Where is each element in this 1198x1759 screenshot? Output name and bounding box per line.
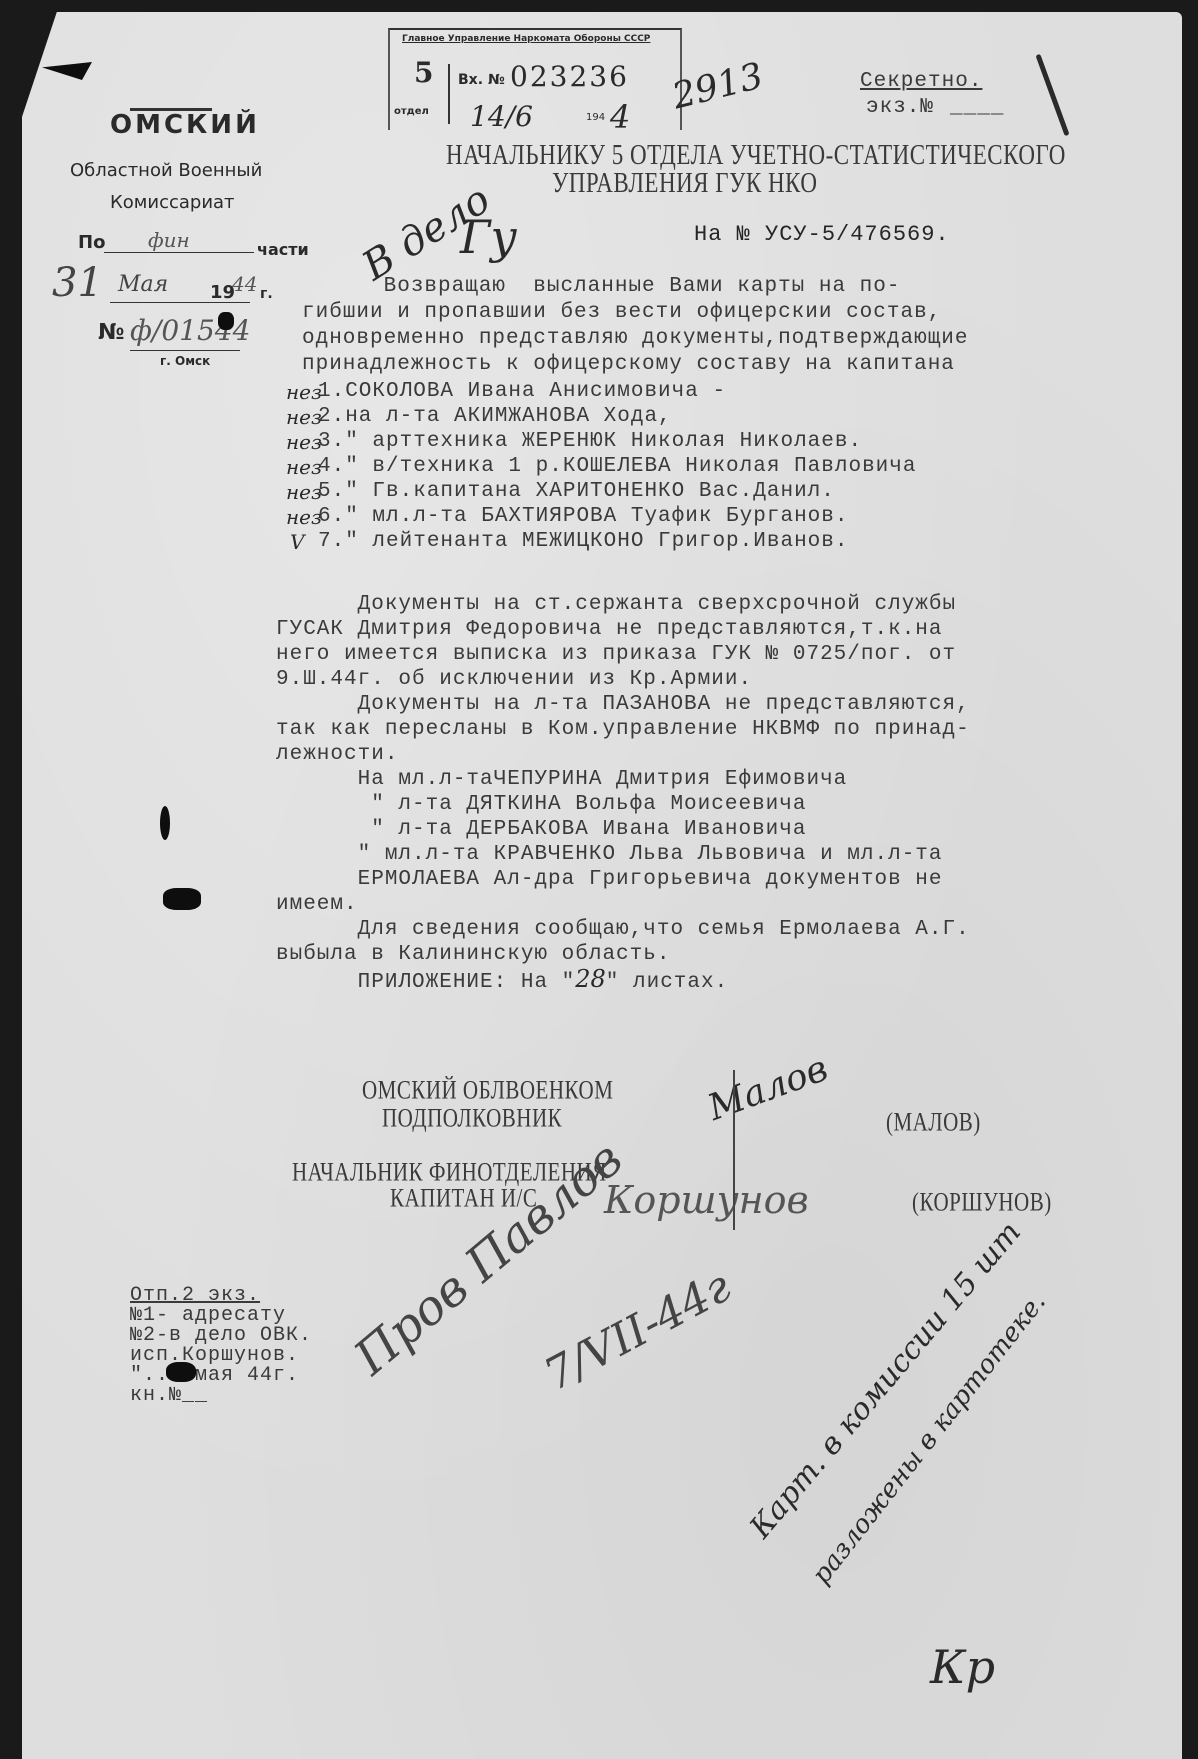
incoming-stamp-vh-label: Вх. №	[458, 72, 505, 88]
attachment-label: ПРИЛОЖЕНИЕ: На "	[276, 971, 575, 994]
person-text: 7." лейтенанта МЕЖИЦКОНО Григор.Иванов.	[318, 530, 848, 553]
body-line: " л-та ДЕРБАКОВА Ивана Ивановича	[276, 817, 970, 842]
incoming-stamp-date: 14/6	[470, 100, 533, 133]
stamp-po-line	[104, 252, 254, 253]
classification-copy-value: ____	[950, 96, 1004, 119]
stamp-date-day: 31	[52, 260, 103, 306]
body-line: Документы на ст.сержанта сверхсрочной сл…	[276, 592, 970, 617]
punch-hole-3	[166, 1362, 196, 1382]
letter-body-continued: Документы на ст.сержанта сверхсрочной сл…	[276, 592, 970, 996]
resolution-initials: Гу	[460, 210, 517, 264]
stamp-city: г. Омск	[160, 354, 210, 368]
stamp-line-2: Комиссариат	[110, 192, 235, 213]
body-line: выбыла в Калининскую область.	[276, 942, 970, 967]
person-text: 2.на л-та АКИМЖАНОВА Хода,	[318, 405, 672, 428]
stamp-chasti-label: части	[257, 240, 309, 259]
stamp-date-month: Мая	[118, 272, 168, 297]
body-line: ГУСАК Дмитрия Федоровича не представляют…	[276, 617, 970, 642]
incoming-stamp-year-prefix: 194	[586, 112, 605, 123]
body-intro-line: Возвращаю высланные Вами карты на по-	[302, 274, 969, 300]
body-line: Для сведения сообщаю,что семья Ермолаева…	[276, 917, 970, 942]
footer-line: исп.Коршунов.	[130, 1346, 312, 1366]
sig2-name: (КОРШУНОВ)	[912, 1187, 1052, 1218]
person-mark: нез	[286, 430, 322, 454]
person-text: 5." Гв.капитана ХАРИТОНЕНКО Вас.Данил.	[318, 480, 835, 503]
attachment-suffix: " листах.	[606, 971, 728, 994]
footer-dispatch: Отп.2 экз. №1- адресату №2-в дело ОВК. и…	[130, 1286, 312, 1406]
person-mark: нез	[286, 505, 322, 529]
stamp-date-suffix: г.	[260, 286, 273, 302]
damage-stamp	[218, 312, 234, 330]
incoming-stamp-year-hand: 4	[610, 98, 630, 136]
person-mark: нез	[286, 455, 322, 479]
commissariat-stamp: ОМСКИЙ Областной Военный Комиссариат По …	[60, 100, 320, 360]
footer-line: кн.№__	[130, 1386, 312, 1406]
attachment-count: 28	[575, 965, 606, 993]
body-line: " л-та ДЯТКИНА Вольфа Моисеевича	[276, 792, 970, 817]
sig1-name: (МАЛОВ)	[886, 1107, 981, 1138]
body-intro-line: одновременно представляю документы,подтв…	[302, 326, 969, 352]
sig2-handwritten: Коршунов	[604, 1178, 809, 1222]
body-line: ЕРМОЛАЕВА Ал-дра Григорьевича документов…	[276, 867, 970, 892]
sig1-title-line-2: ПОДПОЛКОВНИК	[382, 1103, 562, 1134]
reference-number: На № УСУ-5/476569.	[694, 222, 950, 247]
stamp-title: ОМСКИЙ	[110, 110, 260, 140]
footer-line: Отп.2 экз.	[130, 1286, 312, 1306]
classification-copy-label: экз.№	[866, 96, 934, 119]
sig1-title-line-1: ОМСКИЙ ОБЛВОЕНКОМ	[362, 1075, 613, 1106]
body-intro-line: гибшии и пропавшии без вести офицерскии …	[302, 300, 969, 326]
stamp-date-year-hand: 44	[232, 272, 257, 296]
stamp-po-label: По	[78, 232, 105, 253]
body-line: Документы на л-та ПАЗАНОВА не представля…	[276, 692, 970, 717]
footer-line: №1- адресату	[130, 1306, 312, 1326]
person-mark: нез	[286, 480, 322, 504]
footer-line: №2-в дело ОВК.	[130, 1326, 312, 1346]
person-text: 6." мл.л-та БАХТИЯРОВА Туафик Бурганов.	[318, 505, 848, 528]
letter-body: Возвращаю высланные Вами карты на по- ги…	[302, 274, 969, 378]
person-text: 1.СОКОЛОВА Ивана Анисимовича -	[318, 380, 726, 403]
stamp-line-1: Областной Военный	[70, 160, 262, 181]
incoming-stamp-otdel-label: отдел	[394, 106, 429, 117]
body-line: " мл.л-та КРАВЧЕНКО Льва Львовича и мл.л…	[276, 842, 970, 867]
punch-hole-1	[160, 806, 170, 840]
incoming-stamp: Главное Управление Наркомата Обороны ССС…	[388, 28, 682, 130]
person-mark: нез	[286, 405, 322, 429]
body-line: На мл.л-таЧЕПУРИНА Дмитрия Ефимовича	[276, 767, 970, 792]
incoming-stamp-otdel-number: 5	[414, 56, 433, 89]
person-mark: V	[290, 530, 304, 554]
body-line: лежности.	[276, 742, 970, 767]
body-line: имеем.	[276, 892, 970, 917]
body-line: него имеется выписка из приказа ГУК № 07…	[276, 642, 970, 667]
person-text: 4." в/техника 1 р.КОШЕЛЕВА Николая Павло…	[318, 455, 917, 478]
incoming-stamp-vh-number: 023236	[510, 60, 629, 93]
stamp-number-label: №	[98, 320, 124, 345]
punch-hole-2	[163, 888, 201, 910]
body-intro-line: принадлежность к офицерскому составу на …	[302, 352, 969, 378]
body-line: так как пересланы в Ком.управление НКВМФ…	[276, 717, 970, 742]
note-signature: Кр	[930, 1640, 995, 1694]
attachment-line: ПРИЛОЖЕНИЕ: На "28" листах.	[276, 967, 970, 996]
footer-line: ".." мая 44г.	[130, 1366, 312, 1386]
incoming-stamp-header: Главное Управление Наркомата Обороны ССС…	[402, 34, 650, 44]
person-text: 3." арттехника ЖЕРЕНЮК Николая Николаев.	[318, 430, 862, 453]
signature-vertical-stroke	[733, 1070, 735, 1230]
body-line: 9.Ш.44г. об исключении из Кр.Армии.	[276, 667, 970, 692]
stamp-rule	[130, 108, 212, 111]
addressee-line-2: УПРАВЛЕНИЯ ГУК НКО	[552, 167, 817, 200]
person-mark: нез	[286, 380, 322, 404]
classification-secret: Секретно.	[860, 70, 982, 93]
stamp-number-line	[130, 350, 240, 351]
incoming-stamp-divider	[448, 64, 450, 124]
stamp-po-value: фин	[148, 228, 190, 252]
